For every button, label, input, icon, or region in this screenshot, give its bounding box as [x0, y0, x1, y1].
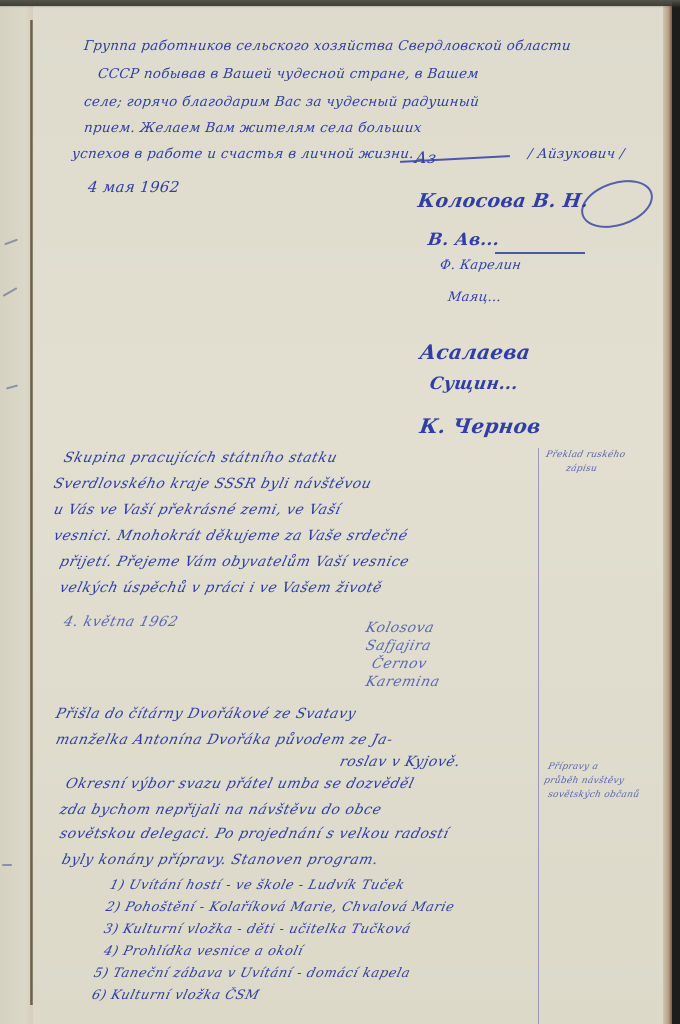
margin-note-line: Překlad ruského	[545, 450, 626, 460]
signature-underline	[495, 252, 585, 254]
russian-date: 4 мая 1962	[87, 178, 180, 196]
czech-line: u Vás ve Vaší překrásné zemi, ve Vaší	[52, 502, 343, 518]
program-item: 5) Taneční zábava v Uvítání - domácí kap…	[92, 966, 412, 981]
margin-note-line: Přípravy a	[547, 762, 599, 772]
signature: Колосова В. Н.	[416, 190, 589, 212]
czech-date: 4. května 1962	[62, 614, 180, 630]
signature: Ф. Карелин	[439, 258, 522, 273]
program-item: 6) Kulturní vložka ČSM	[90, 988, 261, 1003]
top-shadow	[0, 0, 680, 8]
margin-note-line: sovětských občanů	[547, 790, 640, 800]
initials-signature: Аз	[414, 148, 438, 167]
margin-note-line: průběh návštěvy	[543, 776, 625, 786]
signature: В. Ав...	[427, 230, 501, 250]
czech-signature: Karemina	[364, 674, 442, 690]
signatory-name: / Айзукович /	[527, 146, 626, 162]
czech-signature: Safjajira	[364, 638, 433, 654]
russian-line: СССР побывав в Вашей чудесной стране, в …	[97, 66, 479, 82]
book-cover	[672, 0, 680, 1024]
signature: Маяц...	[447, 290, 502, 305]
program-item: 2) Pohoštění - Kolaříková Marie, Chvalov…	[104, 900, 456, 915]
czech-line: Sverdlovského kraje SSSR byli návštěvou	[52, 476, 373, 492]
visit-line: Přišla do čítárny Dvořákové ze Svatavy	[54, 706, 358, 722]
visit-line: zda bychom nepřijali na návštěvu do obce	[58, 802, 383, 818]
russian-line: прием. Желаем Вам жителям села больших	[83, 120, 422, 136]
czech-line: velkých úspěchů v práci i ve Vašem život…	[58, 580, 384, 596]
book-spread: Группа работников сельского хозяйства Св…	[0, 0, 680, 1024]
czech-line: vesnici. Mnohokrát děkujeme za Vaše srde…	[52, 528, 410, 544]
page-stack-edge	[663, 6, 672, 1024]
signature: Сущин...	[429, 374, 520, 394]
program-item: 1) Uvítání hostí - ve škole - Ludvík Tuč…	[108, 878, 406, 893]
czech-line: přijetí. Přejeme Vám obyvatelům Vaší ves…	[58, 554, 411, 570]
binding-gutter	[30, 20, 33, 1005]
czech-line: Skupina pracujících státního statku	[62, 450, 339, 466]
russian-line: Группа работников сельского хозяйства Св…	[83, 38, 572, 54]
czech-signature: Černov	[370, 656, 429, 672]
visit-line: Okresní výbor svazu přátel umba se dozvě…	[64, 776, 416, 792]
signature: К. Чернов	[418, 414, 542, 438]
program-item: 3) Kulturní vložka - děti - učitelka Tuč…	[102, 922, 412, 937]
russian-line: селе; горячо благодарим Вас за чудесный …	[83, 94, 480, 110]
signature: Асалаева	[418, 340, 532, 364]
margin-rule-line	[538, 448, 539, 1024]
margin-note-line: zápisu	[565, 464, 598, 474]
program-item: 4) Prohlídka vesnice a okolí	[102, 944, 305, 959]
russian-line: успехов в работе и счастья в личной жизн…	[71, 146, 415, 162]
visit-line: sovětskou delegaci. Po projednání s velk…	[58, 826, 451, 842]
visit-line: roslav v Kyjově.	[338, 754, 462, 770]
visit-line: manželka Antonína Dvořáka původem ze Ja-	[54, 732, 395, 748]
visit-line: byly konány přípravy. Stanoven program.	[60, 852, 380, 868]
czech-signature: Kolosova	[364, 620, 436, 636]
